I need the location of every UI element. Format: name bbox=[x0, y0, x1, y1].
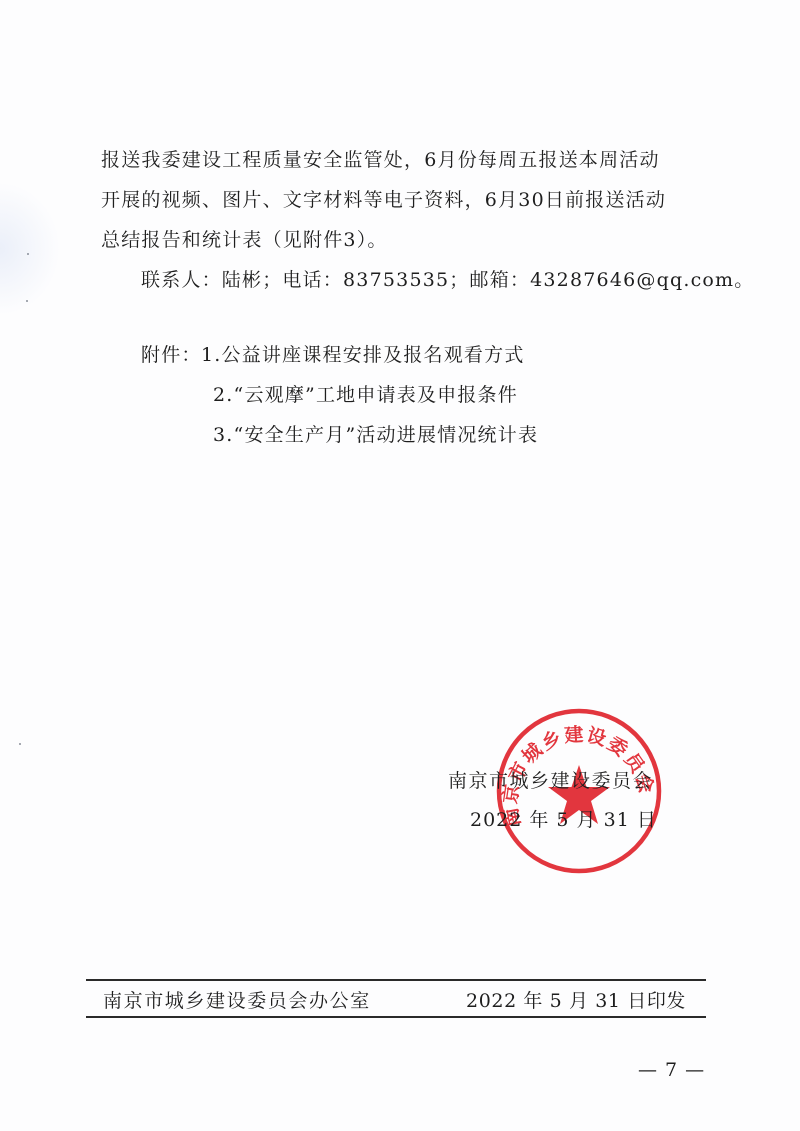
footer-issuing-office: 南京市城乡建设委员会办公室 bbox=[103, 986, 371, 1013]
body-paragraph-line-2: 开展的视频、图片、文字材料等电子资料，6月30日前报送活动 bbox=[101, 188, 666, 212]
attachments-label: 附件： bbox=[141, 343, 202, 367]
signature-date: 2022 年 5 月 31 日 bbox=[470, 805, 657, 832]
signature-organization: 南京市城乡建设委员会 bbox=[448, 766, 653, 793]
scan-speck bbox=[19, 743, 21, 745]
contact-info: 联系人：陆彬；电话：83753535；邮箱：43287646@qq.com。 bbox=[141, 268, 754, 292]
body-paragraph-line-1: 报送我委建设工程质量安全监管处，6月份每周五报送本周活动 bbox=[101, 148, 660, 172]
footer-issue-date: 2022 年 5 月 31 日印发 bbox=[466, 986, 686, 1013]
body-paragraph-line-3: 总结报告和统计表（见附件3）。 bbox=[101, 228, 388, 252]
scan-speck bbox=[26, 300, 28, 302]
footer-bottom-rule bbox=[86, 1016, 706, 1018]
page-number: — 7 — bbox=[638, 1059, 705, 1081]
footer-top-rule bbox=[86, 979, 706, 981]
document-page: 报送我委建设工程质量安全监管处，6月份每周五报送本周活动 开展的视频、图片、文字… bbox=[0, 0, 800, 1131]
attachment-item-3: 3.“安全生产月”活动进展情况统计表 bbox=[213, 423, 538, 447]
scan-speck bbox=[27, 253, 29, 255]
attachment-item-1: 1.公益讲座课程安排及报名观看方式 bbox=[201, 343, 525, 367]
attachment-item-2: 2.“云观摩”工地申请表及申报条件 bbox=[213, 383, 518, 407]
